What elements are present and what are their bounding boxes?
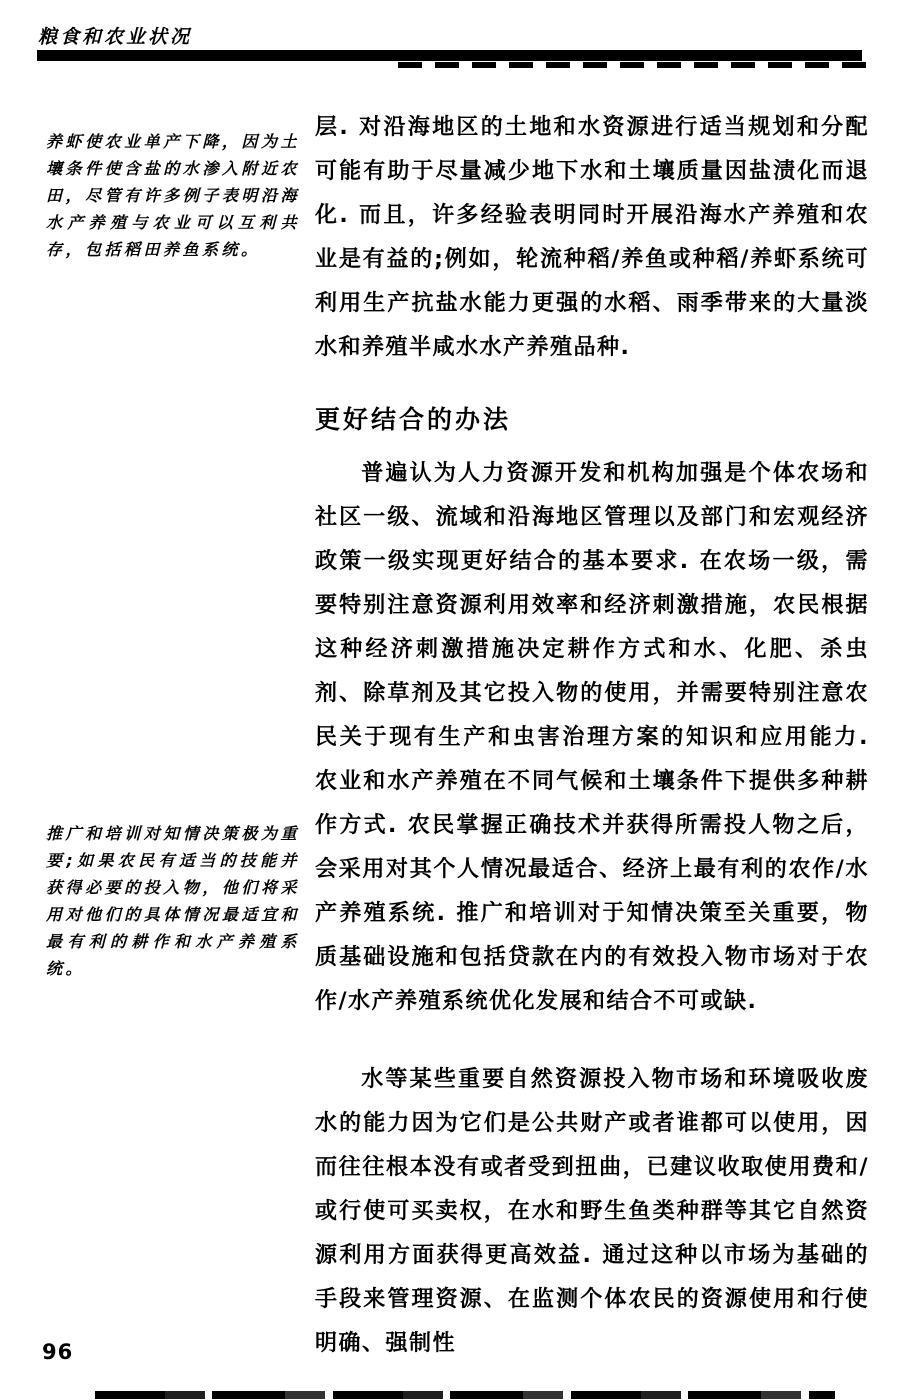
margin-note-shrimp-farming: 养虾使农业单产下降，因为土壤条件使含盐的水渗入附近农田，尽管有许多例子表明沿海水…: [46, 128, 300, 263]
section-heading-better-integration: 更好结合的办法: [315, 400, 511, 436]
header-rule-dashes: [398, 62, 866, 68]
page-number: 96: [42, 1340, 73, 1364]
body-paragraph-coastal-planning: 层. 对沿海地区的土地和水资源进行适当规划和分配可能有助于尽量减少地下水和土壤质…: [315, 106, 869, 370]
bottom-scan-artifact-rule: [95, 1391, 835, 1399]
body-paragraph-human-resources: 普遍认为人力资源开发和机构加强是个体农场和社区一级、流域和沿海地区管理以及部门和…: [315, 452, 869, 1024]
body-paragraph-natural-resource-markets: 水等某些重要自然资源投入物市场和环境吸收废水的能力因为它们是公共财产或者谁都可以…: [315, 1058, 869, 1366]
margin-note-extension-training: 推广和培训对知情决策极为重要;如果农民有适当的技能并获得必要的投入物，他们将采用…: [46, 820, 300, 982]
running-head-title: 粮食和农业状况: [38, 22, 192, 49]
scanned-document-page: 粮食和农业状况 养虾使农业单产下降，因为土壤条件使含盐的水渗入附近农田，尽管有许…: [0, 0, 900, 1400]
header-rule: [37, 50, 862, 61]
